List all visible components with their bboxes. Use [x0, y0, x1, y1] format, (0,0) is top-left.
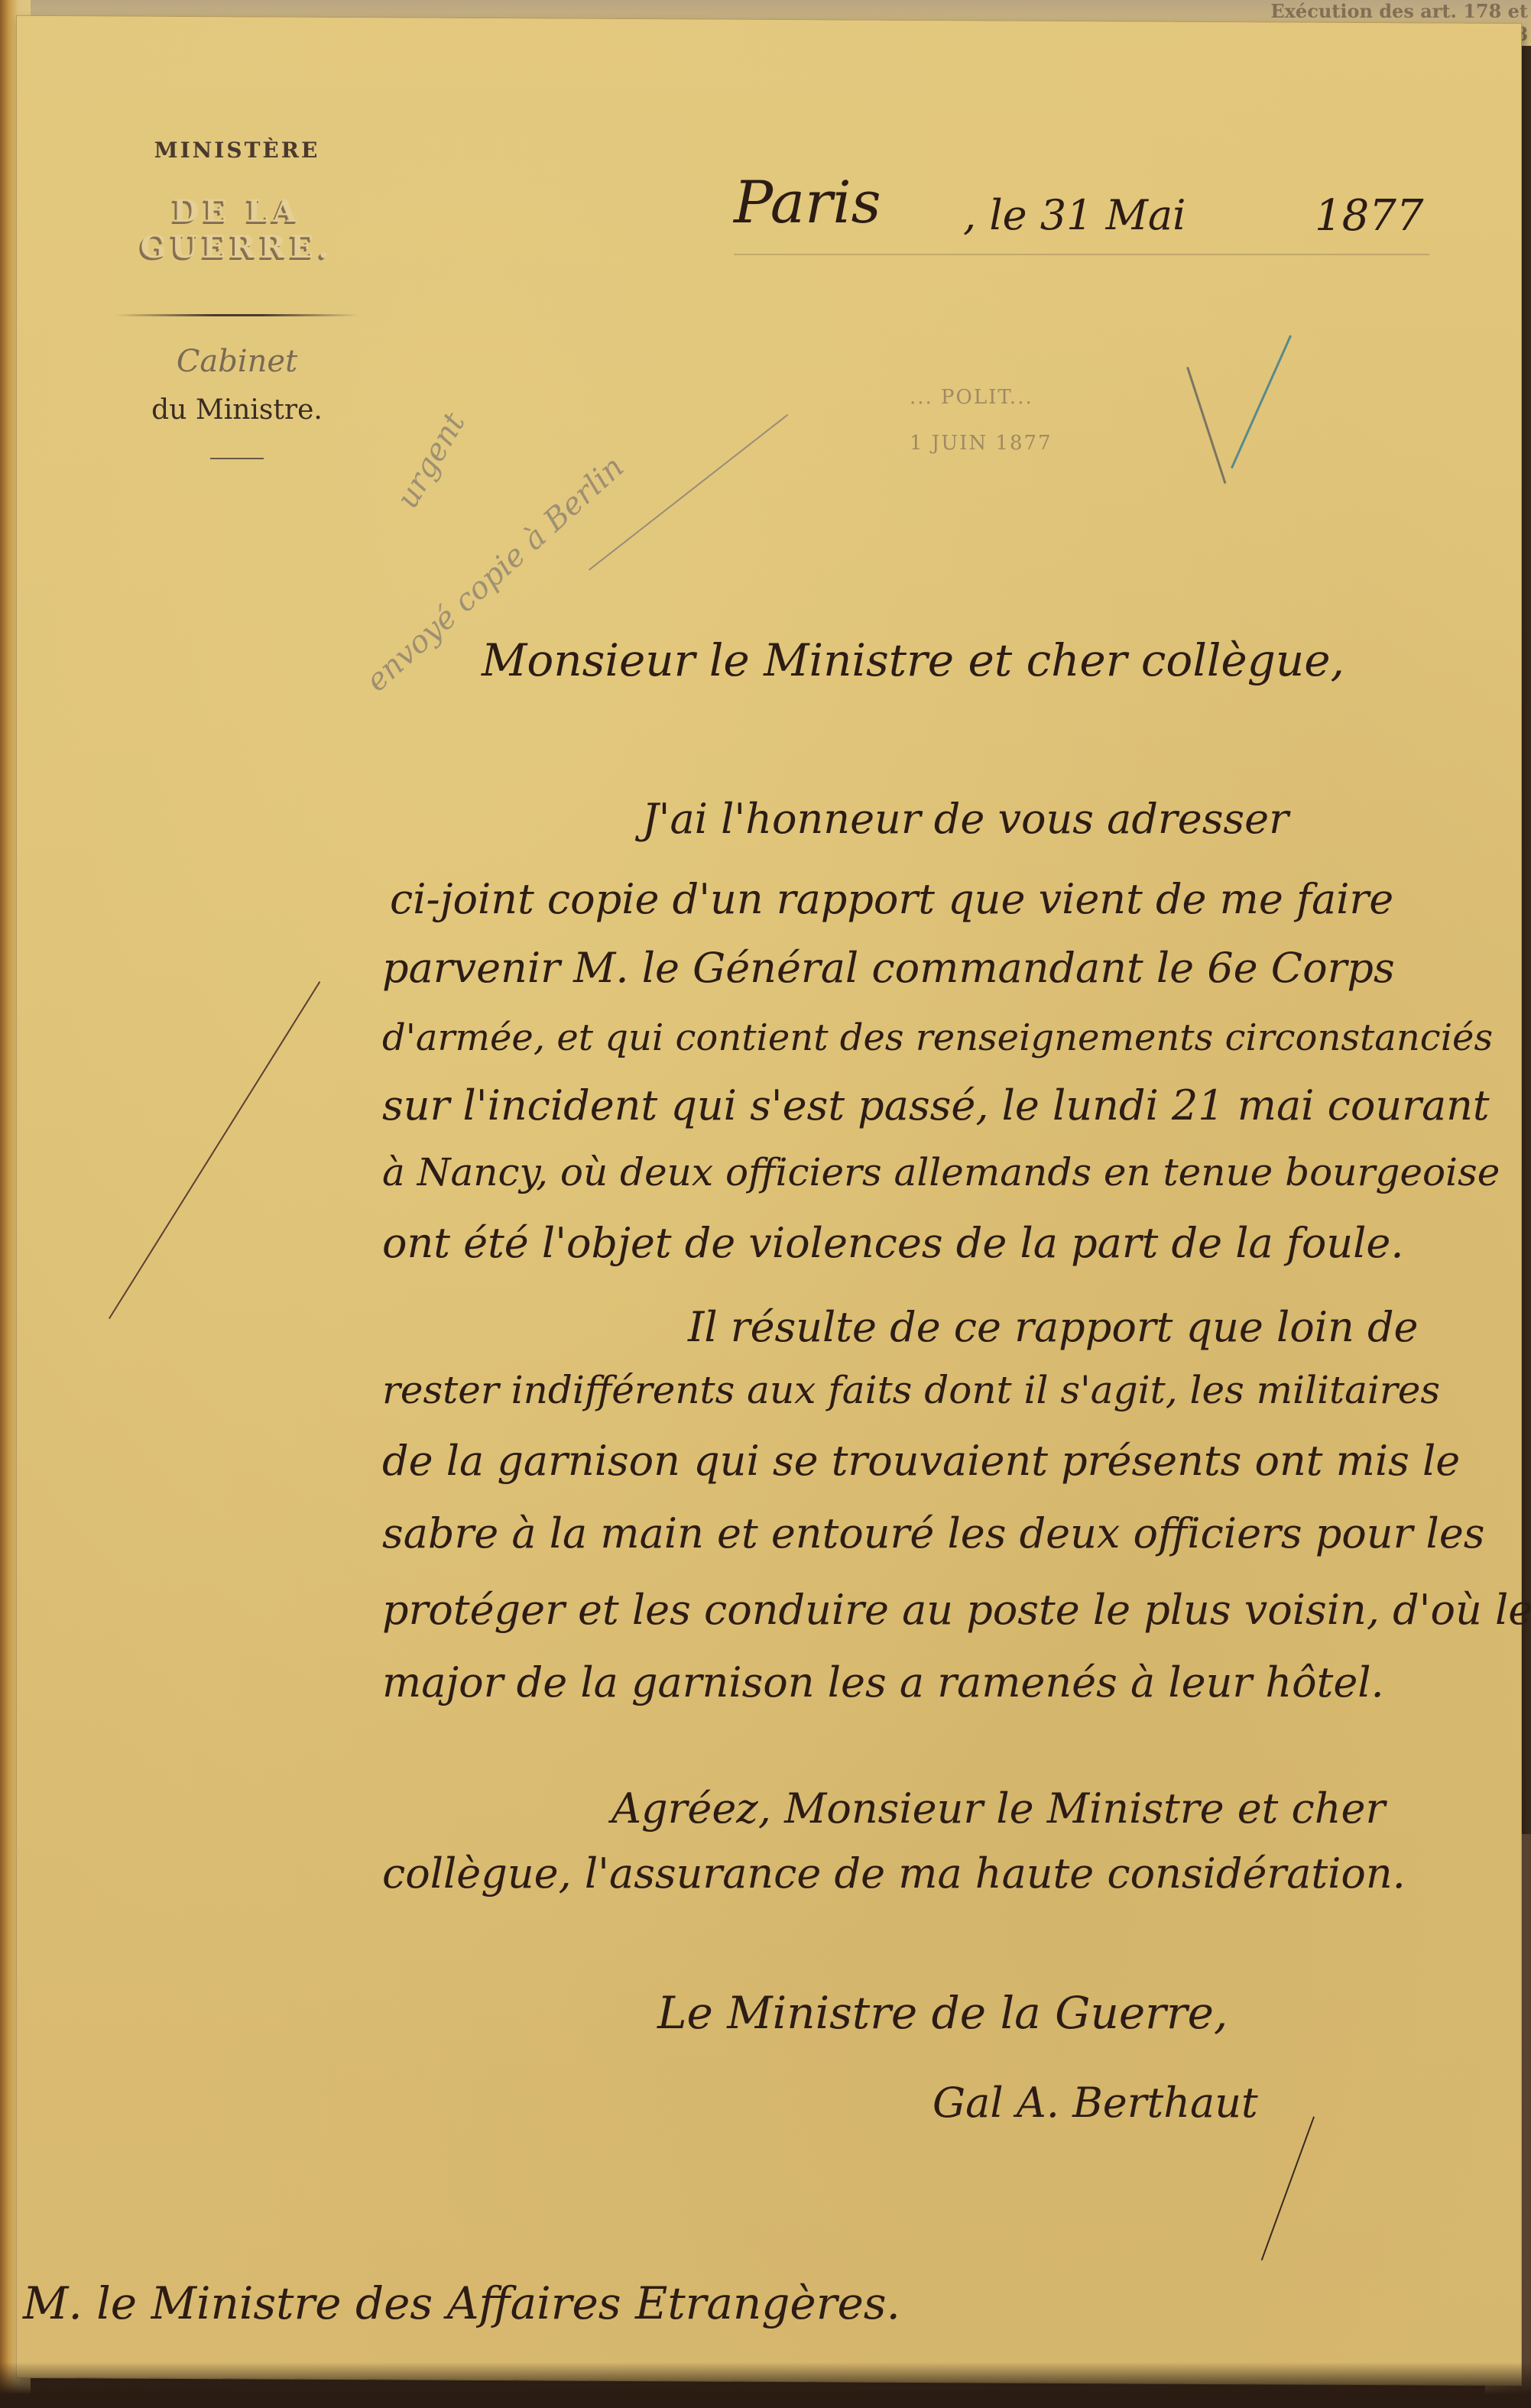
body-line: à Nancy, où deux officiers allemands en … [382, 1150, 1500, 1194]
letterhead-du-ministre: du Ministre. [69, 394, 405, 426]
page-bottom-edge [0, 2362, 1531, 2408]
body-line: parvenir M. le Général commandant le 6e … [382, 944, 1395, 992]
body-line: de la garnison qui se trouvaient présent… [382, 1437, 1460, 1485]
closing-line: collègue, l'assurance de ma haute consid… [382, 1849, 1406, 1898]
body-line: major de la garnison les a ramenés à leu… [382, 1658, 1384, 1706]
dateline-rule [734, 254, 1429, 255]
body-line: J'ai l'honneur de vous adresser [642, 795, 1289, 843]
body-line: protéger et les conduire au poste le plu… [382, 1586, 1531, 1634]
letterhead-cabinet: Cabinet [69, 344, 405, 379]
closing-line: Agréez, Monsieur le Ministre et cher [611, 1784, 1385, 1833]
letterhead-divider [115, 314, 359, 316]
body-line: rester indifférents aux faits dont il s'… [382, 1368, 1440, 1412]
signature-title: Le Ministre de la Guerre, [657, 1987, 1228, 2039]
dateline-place: Paris [734, 168, 881, 236]
stamp-header-line1: Exécution des art. 178 et [1267, 0, 1528, 23]
dateline-date: , le 31 Mai [963, 191, 1186, 239]
body-line: ont été l'objet de violences de la part … [382, 1219, 1404, 1267]
letterhead-short-rule [210, 458, 264, 459]
dateline-year: 1877 [1315, 191, 1424, 241]
letterhead-ministere: MINISTÈRE [69, 138, 405, 163]
body-line: ci-joint copie d'un rapport que vient de… [390, 875, 1393, 923]
received-stamp-line1: ... POLIT... [910, 374, 1053, 420]
received-stamp-line2: 1 JUIN 1877 [910, 420, 1053, 466]
received-stamp: ... POLIT... 1 JUIN 1877 [910, 374, 1053, 466]
body-line: sabre à la main et entouré les deux offi… [382, 1509, 1485, 1557]
body-line: d'armée, et qui contient des renseigneme… [382, 1016, 1493, 1059]
addressee: M. le Ministre des Affaires Etrangères. [23, 2277, 900, 2329]
body-line: sur l'incident qui s'est passé, le lundi… [382, 1081, 1490, 1129]
salutation: Monsieur le Ministre et cher collègue, [482, 634, 1344, 686]
letterhead: MINISTÈRE DE LA GUERRE. Cabinet du Minis… [69, 138, 405, 459]
signature: Gal A. Berthaut [933, 2079, 1258, 2127]
letterhead-department: DE LA GUERRE. [69, 193, 405, 265]
body-line: Il résulte de ce rapport que loin de [688, 1303, 1419, 1351]
